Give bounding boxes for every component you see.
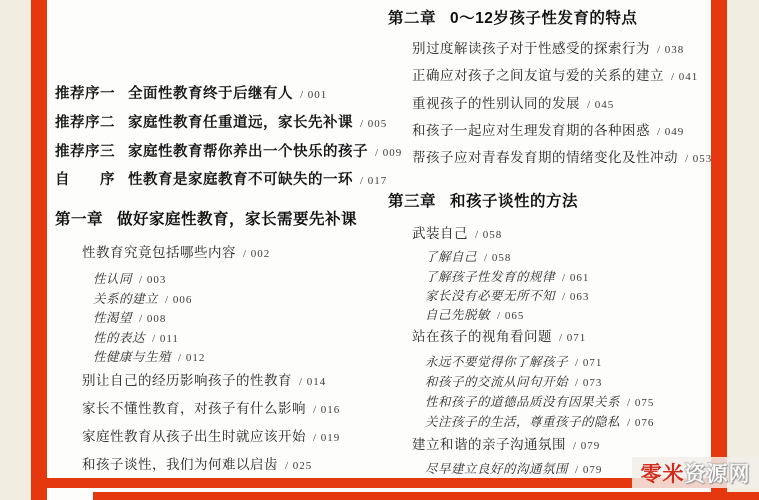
watermark-text-red: 零米 <box>641 458 685 488</box>
page-number: / 009 <box>375 147 402 159</box>
toc-entry: 家庭性教育从孩子出生时就应该开始/ 019 <box>82 429 340 446</box>
chapter-number: 第一章 <box>55 211 103 228</box>
page-number: / 019 <box>313 432 340 444</box>
page-number: / 006 <box>165 294 192 306</box>
page-number: / 041 <box>671 71 698 83</box>
page-number: / 065 <box>497 310 524 322</box>
entry-title: 站在孩子的视角看问题 <box>412 329 552 344</box>
entry-title: 性渴望 <box>93 311 132 325</box>
page-frame-left-bar <box>31 0 47 500</box>
page-number: / 011 <box>152 333 179 345</box>
entry-title: 和孩子的交流从问句开始 <box>425 375 568 389</box>
toc-preface-entry: 自 序性教育是家庭教育不可缺失的一环/ 017 <box>55 172 387 189</box>
page-number: / 003 <box>139 274 166 286</box>
toc-entry: 建立和谐的亲子沟通氛围/ 079 <box>412 437 600 454</box>
toc-entry: 和孩子谈性，我们为何难以启齿/ 025 <box>82 457 312 474</box>
toc-entry: 站在孩子的视角看问题/ 071 <box>412 329 586 346</box>
entry-title: 家长不懂性教育，对孩子有什么影响 <box>82 401 306 416</box>
toc-entry: 和孩子的交流从问句开始/ 073 <box>425 374 602 391</box>
toc-entry: 性和孩子的道德品质没有因果关系/ 075 <box>425 394 654 411</box>
page-number: / 016 <box>313 404 340 416</box>
chapter2-heading: 第二章0～12岁孩子性发育的特点 <box>388 11 637 27</box>
entry-title: 性和孩子的道德品质没有因果关系 <box>425 395 620 409</box>
toc-entry: 自己先脱敏/ 065 <box>425 307 524 324</box>
chapter1-heading: 第一章做好家庭性教育，家长需要先补课 <box>55 212 357 228</box>
site-watermark: 零米资源网 <box>632 457 759 488</box>
toc-entry: 了解孩子性发育的规律/ 061 <box>425 269 589 286</box>
page-number: / 005 <box>360 118 387 130</box>
toc-preface-entry: 推荐序三家庭性教育帮你养出一个快乐的孩子/ 009 <box>55 144 402 161</box>
entry-title: 了解孩子性发育的规律 <box>425 270 555 284</box>
toc-preface-entry: 推荐序一全面性教育终于后继有人/ 001 <box>55 86 327 103</box>
preface-title: 性教育是家庭教育不可缺失的一环 <box>128 172 353 188</box>
toc-entry: 别过度解读孩子对于性感受的探索行为/ 038 <box>412 41 684 58</box>
toc-entry: 性认同/ 003 <box>93 271 166 288</box>
watermark-text-outline: 资源网 <box>685 458 751 488</box>
page-number: / 058 <box>484 252 511 264</box>
toc-entry: 家长不懂性教育，对孩子有什么影响/ 016 <box>82 401 340 418</box>
page-number: / 076 <box>627 417 654 429</box>
toc-entry: 武装自己/ 058 <box>412 226 502 243</box>
entry-title: 别让自己的经历影响孩子的性教育 <box>82 373 292 388</box>
page-number: / 058 <box>475 229 502 241</box>
preface-title: 全面性教育终于后继有人 <box>128 86 293 102</box>
chapter-number: 第二章 <box>388 10 436 27</box>
entry-title: 家庭性教育从孩子出生时就应该开始 <box>82 429 306 444</box>
page-number: / 063 <box>562 291 589 303</box>
entry-title: 正确应对孩子之间友谊与爱的关系的建立 <box>412 68 664 83</box>
toc-entry: 别让自己的经历影响孩子的性教育/ 014 <box>82 373 326 390</box>
page-number: / 075 <box>627 397 654 409</box>
preface-label: 推荐序三 <box>55 144 115 160</box>
toc-entry: 重视孩子的性别认同的发展/ 045 <box>412 96 614 113</box>
page-number: / 079 <box>573 440 600 452</box>
preface-title: 家庭性教育帮你养出一个快乐的孩子 <box>128 144 368 160</box>
page-number: / 045 <box>587 99 614 111</box>
toc-entry: 性的表达/ 011 <box>93 330 179 347</box>
next-page-frame-top-bar <box>93 492 759 500</box>
entry-title: 性教育究竟包括哪些内容 <box>82 245 236 260</box>
entry-title: 建立和谐的亲子沟通氛围 <box>412 437 566 452</box>
page-number: / 049 <box>657 126 684 138</box>
page-number: / 002 <box>243 248 270 260</box>
toc-entry: 家长没有必要无所不知/ 063 <box>425 288 589 305</box>
page-frame-bottom-bar <box>31 478 727 488</box>
entry-title: 和孩子谈性，我们为何难以启齿 <box>82 457 278 472</box>
chapter-title: 和孩子谈性的方法 <box>450 193 578 210</box>
toc-entry: 性教育究竟包括哪些内容/ 002 <box>82 245 270 262</box>
entry-title: 家长没有必要无所不知 <box>425 289 555 303</box>
preface-label: 推荐序二 <box>55 115 115 131</box>
toc-page-screenshot: { "colors": { "frame_red": "#e6380f", "m… <box>0 0 759 500</box>
toc-entry: 帮孩子应对青春发育期的情绪变化及性冲动/ 053 <box>412 150 712 167</box>
preface-title: 家庭性教育任重道远，家长先补课 <box>128 115 353 131</box>
toc-entry: 正确应对孩子之间友谊与爱的关系的建立/ 041 <box>412 68 698 85</box>
toc-entry: 性渴望/ 008 <box>93 310 166 327</box>
entry-title: 自己先脱敏 <box>425 308 490 322</box>
page-number: / 001 <box>300 89 327 101</box>
entry-title: 性的表达 <box>93 331 145 345</box>
toc-entry: 关注孩子的生活，尊重孩子的隐私/ 076 <box>425 414 654 431</box>
preface-label: 推荐序一 <box>55 86 115 102</box>
entry-title: 帮孩子应对青春发育期的情绪变化及性冲动 <box>412 150 678 165</box>
entry-title: 关系的建立 <box>93 292 158 306</box>
chapter-title: 0～12岁孩子性发育的特点 <box>450 10 637 27</box>
page-number: / 061 <box>562 272 589 284</box>
entry-title: 性认同 <box>93 272 132 286</box>
page-number: / 008 <box>139 313 166 325</box>
toc-entry: 了解自己/ 058 <box>425 249 511 266</box>
toc-entry: 尽早建立良好的沟通氛围/ 079 <box>425 461 602 478</box>
page-number: / 071 <box>575 357 602 369</box>
toc-entry: 性健康与生殖/ 012 <box>93 349 205 366</box>
chapter-title: 做好家庭性教育，家长需要先补课 <box>117 211 357 228</box>
page-number: / 038 <box>657 44 684 56</box>
page-number: / 053 <box>685 153 712 165</box>
entry-title: 了解自己 <box>425 250 477 264</box>
entry-title: 性健康与生殖 <box>93 350 171 364</box>
toc-entry: 永远不要觉得你了解孩子/ 071 <box>425 354 602 371</box>
chapter3-heading: 第三章和孩子谈性的方法 <box>388 194 578 210</box>
chapter-number: 第三章 <box>388 193 436 210</box>
toc-entry: 关系的建立/ 006 <box>93 291 192 308</box>
page-number: / 012 <box>178 352 205 364</box>
page-number: / 079 <box>575 464 602 476</box>
entry-title: 重视孩子的性别认同的发展 <box>412 96 580 111</box>
preface-label: 自 序 <box>55 172 115 188</box>
page-number: / 071 <box>559 332 586 344</box>
page-number: / 014 <box>299 376 326 388</box>
entry-title: 武装自己 <box>412 226 468 241</box>
entry-title: 关注孩子的生活，尊重孩子的隐私 <box>425 415 620 429</box>
entry-title: 尽早建立良好的沟通氛围 <box>425 462 568 476</box>
page-frame-right-bar <box>711 0 727 500</box>
entry-title: 和孩子一起应对生理发育期的各种困惑 <box>412 123 650 138</box>
toc-preface-entry: 推荐序二家庭性教育任重道远，家长先补课/ 005 <box>55 115 387 132</box>
page-number: / 025 <box>285 460 312 472</box>
page-number: / 073 <box>575 377 602 389</box>
entry-title: 永远不要觉得你了解孩子 <box>425 355 568 369</box>
toc-entry: 和孩子一起应对生理发育期的各种困惑/ 049 <box>412 123 684 140</box>
entry-title: 别过度解读孩子对于性感受的探索行为 <box>412 41 650 56</box>
page-number: / 017 <box>360 175 387 187</box>
